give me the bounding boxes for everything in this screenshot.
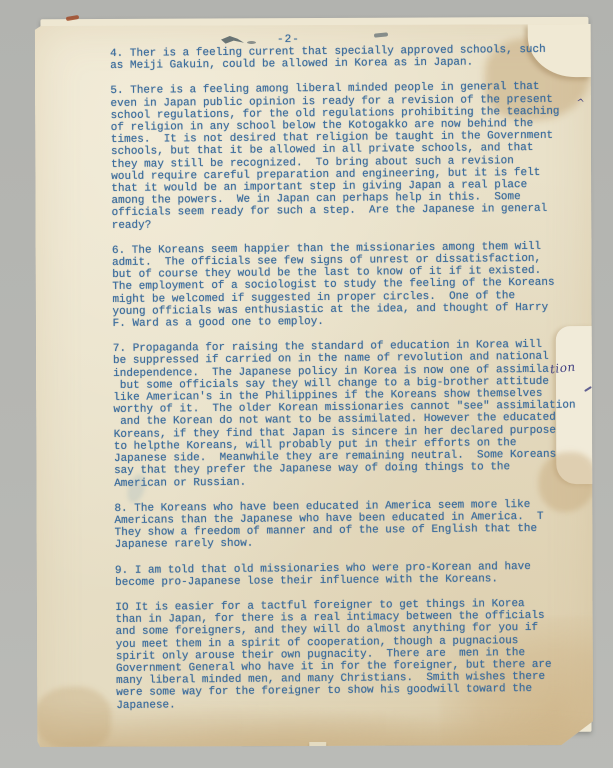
typed-paragraph: 9. I am told that old missionaries who w… — [115, 560, 593, 589]
photo-backdrop: -2- 4. Ther is a feeling current that sp… — [0, 0, 613, 768]
page-number: -2- — [277, 34, 300, 46]
typed-paragraph: IO It is easier for a tactful foreigner … — [115, 597, 594, 711]
stain-bottom-left — [33, 687, 111, 751]
document-body: 4. Ther is a feeling current that specia… — [110, 43, 594, 711]
typed-paragraph: 5. There is a feeling among liberal mind… — [110, 81, 589, 232]
typed-paragraph: 7. Propaganda for raising the standard o… — [113, 339, 592, 490]
handwritten-caret: ^ — [575, 97, 585, 109]
typed-paragraph: 4. Ther is a feeling current that specia… — [110, 43, 588, 72]
typed-paragraph: 8. The Koreans who have been educated in… — [114, 498, 592, 551]
paper-tab — [309, 742, 326, 754]
typed-paragraph: 6. The Koreans seem happier than the mis… — [112, 240, 591, 330]
ink-smudge — [247, 41, 256, 44]
handwritten-margin-note: tion — [549, 360, 576, 377]
